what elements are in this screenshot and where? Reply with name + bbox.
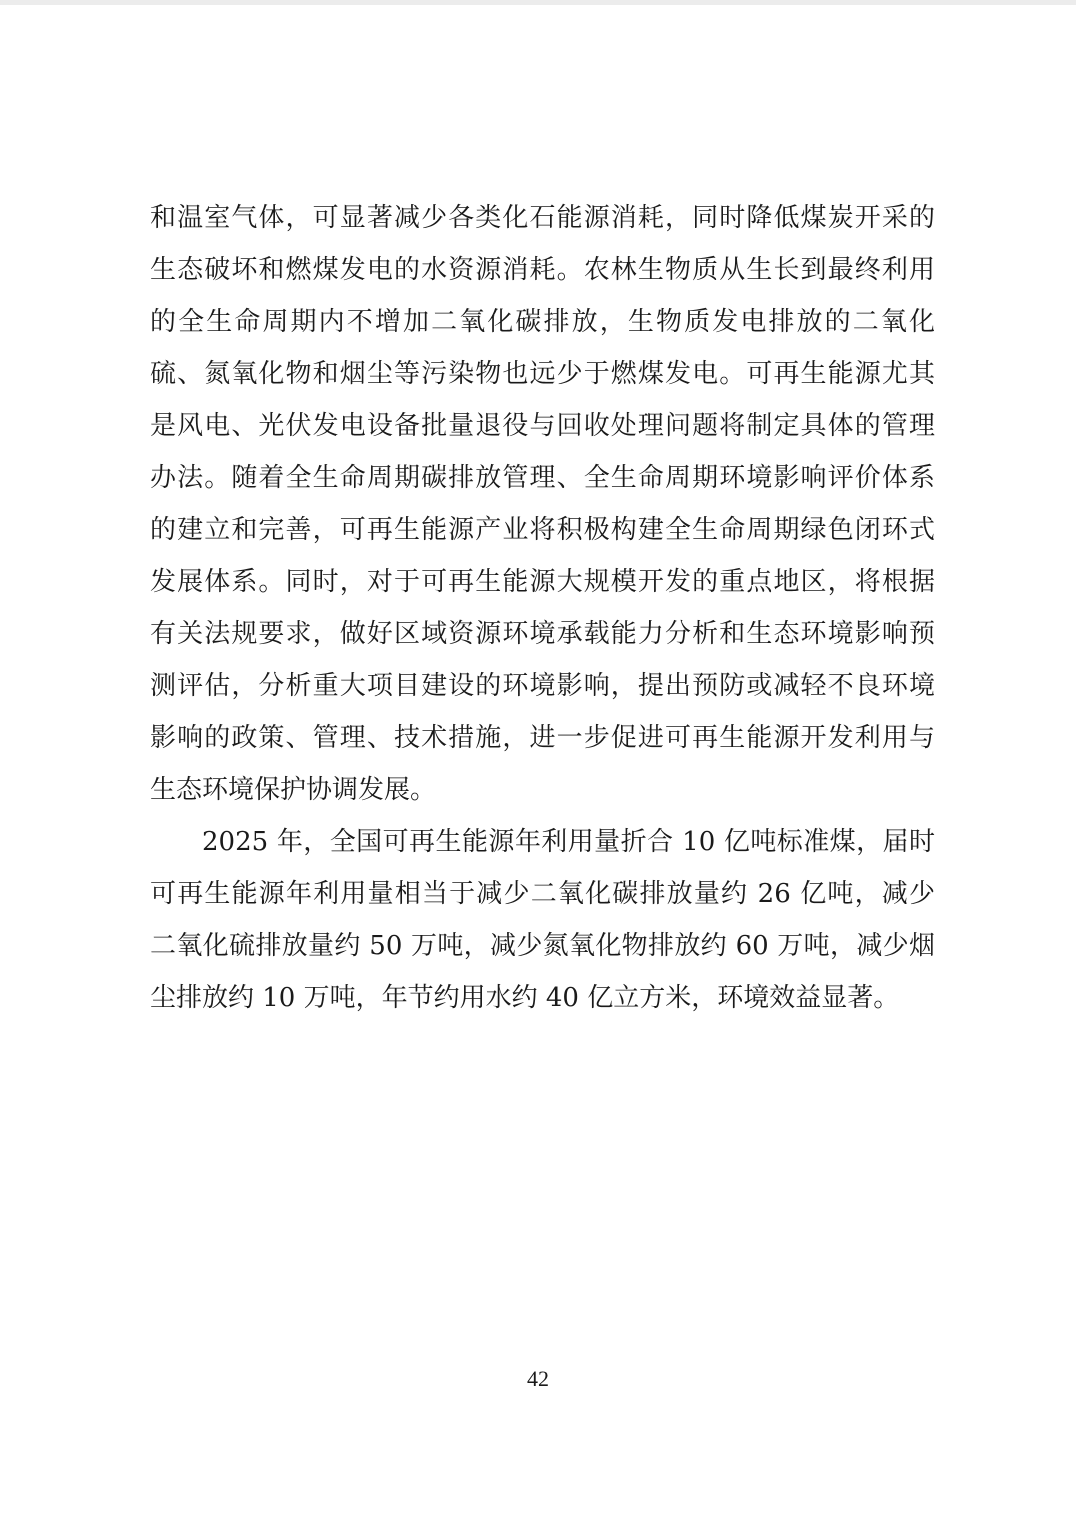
text-line: 发展体系。同时，对于可再生能源大规模开发的重点地区，将根据 xyxy=(150,560,935,612)
text-line: 有关法规要求，做好区域资源环境承载能力分析和生态环境影响预 xyxy=(150,612,935,664)
text-line: 可再生能源年利用量相当于减少二氧化碳排放量约 26 亿吨，减少 xyxy=(150,872,935,924)
text-line: 是风电、光伏发电设备批量退役与回收处理问题将制定具体的管理 xyxy=(150,404,935,456)
text-line: 尘排放约 10 万吨，年节约用水约 40 亿立方米，环境效益显著。 xyxy=(150,976,935,1028)
paragraph-2025-benefits: 2025 年，全国可再生能源年利用量折合 10 亿吨标准煤，届时 可再生能源年利… xyxy=(150,820,935,1028)
text-line: 的建立和完善，可再生能源产业将积极构建全生命周期绿色闭环式 xyxy=(150,508,935,560)
text-line: 硫、氮氧化物和烟尘等污染物也远少于燃煤发电。可再生能源尤其 xyxy=(150,352,935,404)
text-line: 2025 年，全国可再生能源年利用量折合 10 亿吨标准煤，届时 xyxy=(150,820,935,872)
text-line: 办法。随着全生命周期碳排放管理、全生命周期环境影响评价体系 xyxy=(150,456,935,508)
text-line: 测评估，分析重大项目建设的环境影响，提出预防或减轻不良环境 xyxy=(150,664,935,716)
text-line: 影响的政策、管理、技术措施，进一步促进可再生能源开发利用与 xyxy=(150,716,935,768)
document-body: 和温室气体，可显著减少各类化石能源消耗，同时降低煤炭开采的 生态破坏和燃煤发电的… xyxy=(150,196,935,1028)
text-line: 的全生命周期内不增加二氧化碳排放，生物质发电排放的二氧化 xyxy=(150,300,935,352)
text-line: 生态环境保护协调发展。 xyxy=(150,768,935,820)
paragraph-environmental-impact: 和温室气体，可显著减少各类化石能源消耗，同时降低煤炭开采的 生态破坏和燃煤发电的… xyxy=(150,196,935,820)
text-line: 生态破坏和燃煤发电的水资源消耗。农林生物质从生长到最终利用 xyxy=(150,248,935,300)
document-page: 和温室气体，可显著减少各类化石能源消耗，同时降低煤炭开采的 生态破坏和燃煤发电的… xyxy=(0,0,1076,1531)
text-line: 二氧化硫排放量约 50 万吨，减少氮氧化物排放约 60 万吨，减少烟 xyxy=(150,924,935,976)
page-number: 42 xyxy=(0,1366,1076,1392)
text-line: 和温室气体，可显著减少各类化石能源消耗，同时降低煤炭开采的 xyxy=(150,196,935,248)
